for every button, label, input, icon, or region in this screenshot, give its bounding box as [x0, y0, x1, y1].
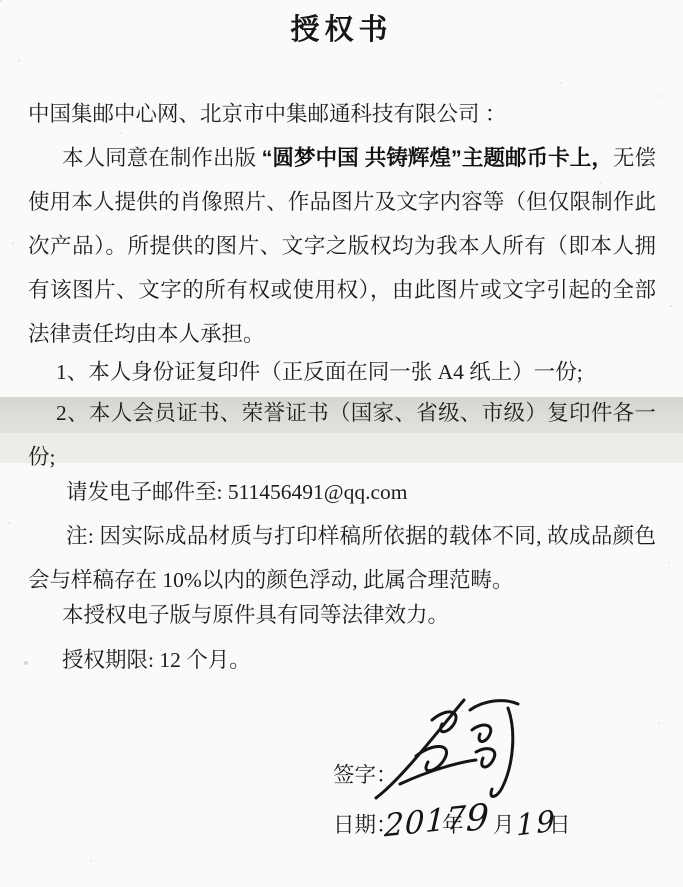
term-line: 授权期限: 12 个月。 [28, 638, 656, 682]
document-title: 授权书 [0, 8, 683, 52]
agreement-lead: 本人同意在制作出版 [62, 146, 262, 170]
note-paragraph: 注: 因实际成品材质与打印样稿所依据的载体不同, 故成品颜色会与样稿存在 10%… [28, 514, 656, 602]
handwritten-month: 9 [465, 797, 489, 840]
attachment-item-2: 2、本人会员证书、荣誉证书（国家、省级、市级）复印件各一份; [28, 391, 656, 479]
handwritten-signature [372, 686, 527, 810]
scanned-authorization-letter: { "scan": { "paper_color": "#fbfaf8", "i… [0, 0, 683, 887]
agreement-paragraph: 本人同意在制作出版 “圆梦中国 共铸辉煌”主题邮币卡上，无偿使用本人提供的肖像照… [28, 136, 656, 356]
email-line: 请发电子邮件至: 511456491@qq.com [28, 470, 656, 514]
agreement-terms: 无偿使用本人提供的肖像照片、作品图片及文字内容等（但仅限制作此次产品）。所提供的… [28, 146, 656, 346]
equivalence-line: 本授权电子版与原件具有同等法律效力。 [28, 593, 656, 637]
date-row: 日期： 2017 年 9 月 19 日 [0, 806, 683, 876]
scan-noise-specks [0, 0, 2, 2]
theme-title: “圆梦中国 共铸辉煌” [262, 146, 462, 170]
theme-suffix: 主题邮币卡上， [462, 146, 613, 170]
salutation-line: 中国集邮中心网、北京市中集邮通科技有限公司 ： [28, 92, 656, 136]
handwritten-day: 19 [516, 803, 557, 842]
attachment-item-1: 1、本人身份证复印件（正反面在同一张 A4 纸上）一份; [28, 350, 656, 394]
month-unit: 月 [493, 812, 515, 838]
